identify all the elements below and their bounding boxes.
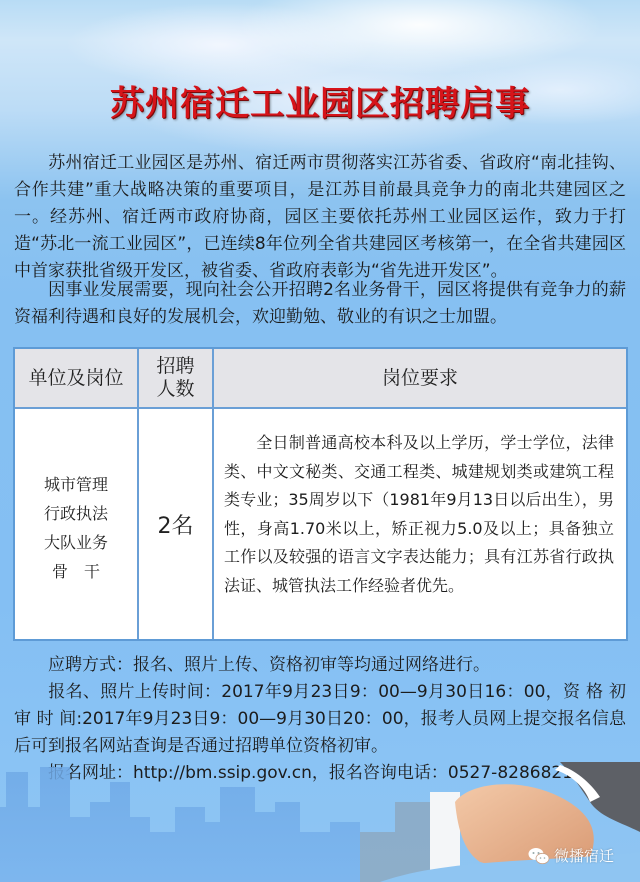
header-cell-unit: 单位及岗位 (15, 349, 137, 407)
unit-text: 城市管理 行政执法 大队业务 骨 干 (15, 407, 137, 639)
requirements-body: 全日制普通高校本科及以上学历，学士学位，法律类、中文文秘类、交通工程类、城建规划… (224, 433, 614, 595)
intro-paragraph-2: 因事业发展需要，现向社会公开招聘2名业务骨干，园区将提供有竞争力的薪资福利待遇和… (14, 277, 626, 331)
unit-line: 大队业务 (44, 528, 108, 557)
header-requirements-label: 岗位要求 (214, 349, 626, 407)
unit-line: 城市管理 (44, 470, 108, 499)
header-unit-label: 单位及岗位 (15, 349, 137, 407)
recruitment-table: 单位及岗位 招聘 人数 岗位要求 城市管理 行政执法 大队业务 骨 干 2名 全… (13, 347, 628, 641)
header-count-line2: 人数 (156, 378, 194, 401)
requirements-text: 全日制普通高校本科及以上学历，学士学位，法律类、中文文秘类、交通工程类、城建规划… (224, 429, 614, 600)
table-row: 城市管理 行政执法 大队业务 骨 干 2名 全日制普通高校本科及以上学历，学士学… (15, 407, 626, 639)
cell-requirements: 全日制普通高校本科及以上学历，学士学位，法律类、中文文秘类、交通工程类、城建规划… (214, 407, 626, 639)
wechat-icon (528, 847, 550, 865)
header-count-line1: 招聘 (156, 355, 194, 378)
intro-paragraph-1-text: 苏州宿迁工业园区是苏州、宿迁两市贯彻落实江苏省委、省政府“南北挂钩、合作共建”重… (14, 153, 626, 281)
intro-paragraph-2-text: 因事业发展需要，现向社会公开招聘2名业务骨干，园区将提供有竞争力的薪资福利待遇和… (14, 280, 626, 327)
cell-count: 2名 (137, 407, 214, 639)
unit-line: 骨 干 (52, 557, 100, 586)
intro-paragraph-1: 苏州宿迁工业园区是苏州、宿迁两市贯彻落实江苏省委、省政府“南北挂钩、合作共建”重… (14, 150, 626, 285)
count-value: 2名 (139, 407, 212, 639)
cell-unit: 城市管理 行政执法 大队业务 骨 干 (15, 407, 137, 639)
application-schedule-text: 报名、照片上传时间：2017年9月23日9：00—9月30日16：00，资 格 … (14, 682, 626, 756)
application-method-text: 应聘方式：报名、照片上传、资格初审等均通过网络进行。 (48, 655, 490, 675)
unit-line: 行政执法 (44, 499, 108, 528)
application-schedule: 报名、照片上传时间：2017年9月23日9：00—9月30日16：00，资 格 … (14, 679, 626, 760)
poster-title: 苏州宿迁工业园区招聘启事 (0, 76, 640, 125)
watermark-label: 微播宿迁 (554, 845, 614, 866)
application-method: 应聘方式：报名、照片上传、资格初审等均通过网络进行。 (14, 652, 626, 679)
header-cell-requirements: 岗位要求 (214, 349, 626, 407)
header-count-label: 招聘 人数 (139, 349, 212, 407)
header-cell-count: 招聘 人数 (137, 349, 214, 407)
wechat-watermark: 微播宿迁 (528, 845, 614, 866)
table-header-row: 单位及岗位 招聘 人数 岗位要求 (15, 349, 626, 409)
